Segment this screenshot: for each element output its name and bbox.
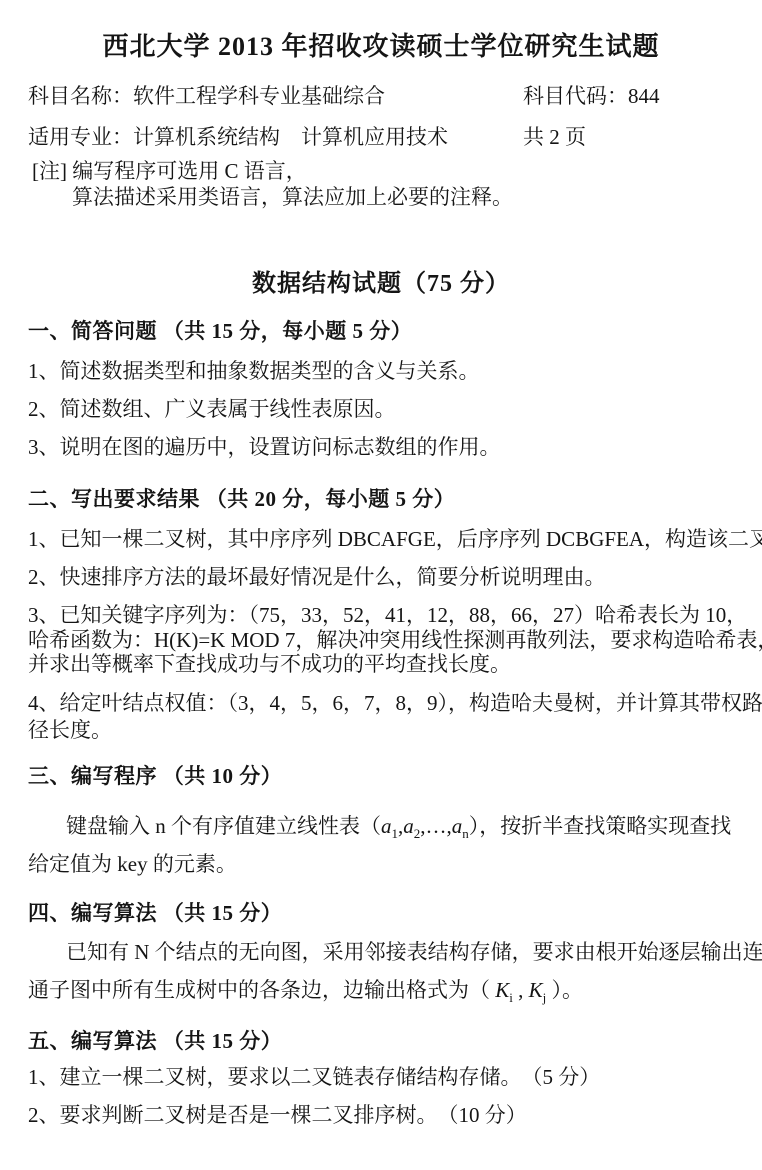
section-title: 数据结构试题（75 分） <box>0 263 762 298</box>
note-line-2: 算法描述采用类语言，算法应加上必要的注释。 <box>72 186 513 209</box>
part3-line-1: 键盘输入 n 个有序值建立线性表（a1,a2,…,an），按折半查找策略实现查找 <box>66 815 731 838</box>
note-line-1: [注] 编写程序可选用 C 语言， <box>32 160 307 183</box>
part2-item-4-line-2: 径长度。 <box>28 719 112 742</box>
exam-title: 西北大学 2013 年招收攻读硕士学位研究生试题 <box>0 26 762 63</box>
edge-math-expression: Ki , Kj <box>495 978 546 1002</box>
part3-line-1-post: ），按折半查找策略实现查找 <box>469 814 732 838</box>
page-count: 共 2 页 <box>523 126 586 149</box>
part5-heading: 五、编写算法 （共 15 分） <box>28 1030 282 1053</box>
part1-item-2: 2、简述数组、广义表属于线性表原因。 <box>28 398 396 421</box>
applicable-majors: 适用专业：计算机系统结构 计算机应用技术 <box>28 126 448 149</box>
sequence-math-expression: a1,a2,…,an <box>381 814 469 838</box>
part3-heading: 三、编写程序 （共 10 分） <box>28 765 282 788</box>
part4-line-2-post: ）。 <box>546 978 583 1002</box>
part1-item-3: 3、说明在图的遍历中，设置访问标志数组的作用。 <box>28 436 501 459</box>
part1-heading: 一、简答问题 （共 15 分，每小题 5 分） <box>28 320 412 343</box>
part2-item-3-line-2: 哈希函数为：H(K)=K MOD 7，解决冲突用线性探测再散列法，要求构造哈希表… <box>28 629 762 652</box>
part2-item-3-line-1: 3、已知关键字序列为：（75，33，52，41，12，88，66，27）哈希表长… <box>28 604 747 627</box>
part2-item-4-line-1: 4、给定叶结点权值：（3，4，5，6，7，8，9），构造哈夫曼树，并计算其带权路 <box>28 692 762 715</box>
part4-line-2: 通子图中所有生成树中的各条边，边输出格式为（ Ki , Kj ）。 <box>28 979 583 1002</box>
part2-item-1: 1、已知一棵二叉树，其中序序列 DBCAFGE，后序序列 DCBGFEA，构造该… <box>28 528 762 551</box>
exam-paper-page: 西北大学 2013 年招收攻读硕士学位研究生试题 科目名称：软件工程学科专业基础… <box>0 0 762 1170</box>
part2-item-3-line-3: 并求出等概率下查找成功与不成功的平均查找长度。 <box>28 653 511 676</box>
part3-line-1-pre: 键盘输入 n 个有序值建立线性表（ <box>66 814 381 838</box>
part4-line-1: 已知有 N 个结点的无向图，采用邻接表结构存储，要求由根开始逐层输出连 <box>66 941 762 964</box>
part4-heading: 四、编写算法 （共 15 分） <box>28 902 282 925</box>
subject-name: 科目名称：软件工程学科专业基础综合 <box>28 85 385 108</box>
part2-heading: 二、写出要求结果 （共 20 分，每小题 5 分） <box>28 488 455 511</box>
part4-line-2-pre: 通子图中所有生成树中的各条边，边输出格式为（ <box>28 978 495 1002</box>
subject-code: 科目代码：844 <box>523 85 660 108</box>
part1-item-1: 1、简述数据类型和抽象数据类型的含义与关系。 <box>28 360 480 383</box>
part2-item-2: 2、快速排序方法的最坏最好情况是什么，简要分析说明理由。 <box>28 566 606 589</box>
part5-item-2: 2、要求判断二叉树是否是一棵二叉排序树。 （10 分） <box>28 1104 527 1127</box>
part3-line-2: 给定值为 key 的元素。 <box>28 853 237 876</box>
part5-item-1: 1、建立一棵二叉树，要求以二叉链表存储结构存储。 （5 分） <box>28 1066 600 1089</box>
